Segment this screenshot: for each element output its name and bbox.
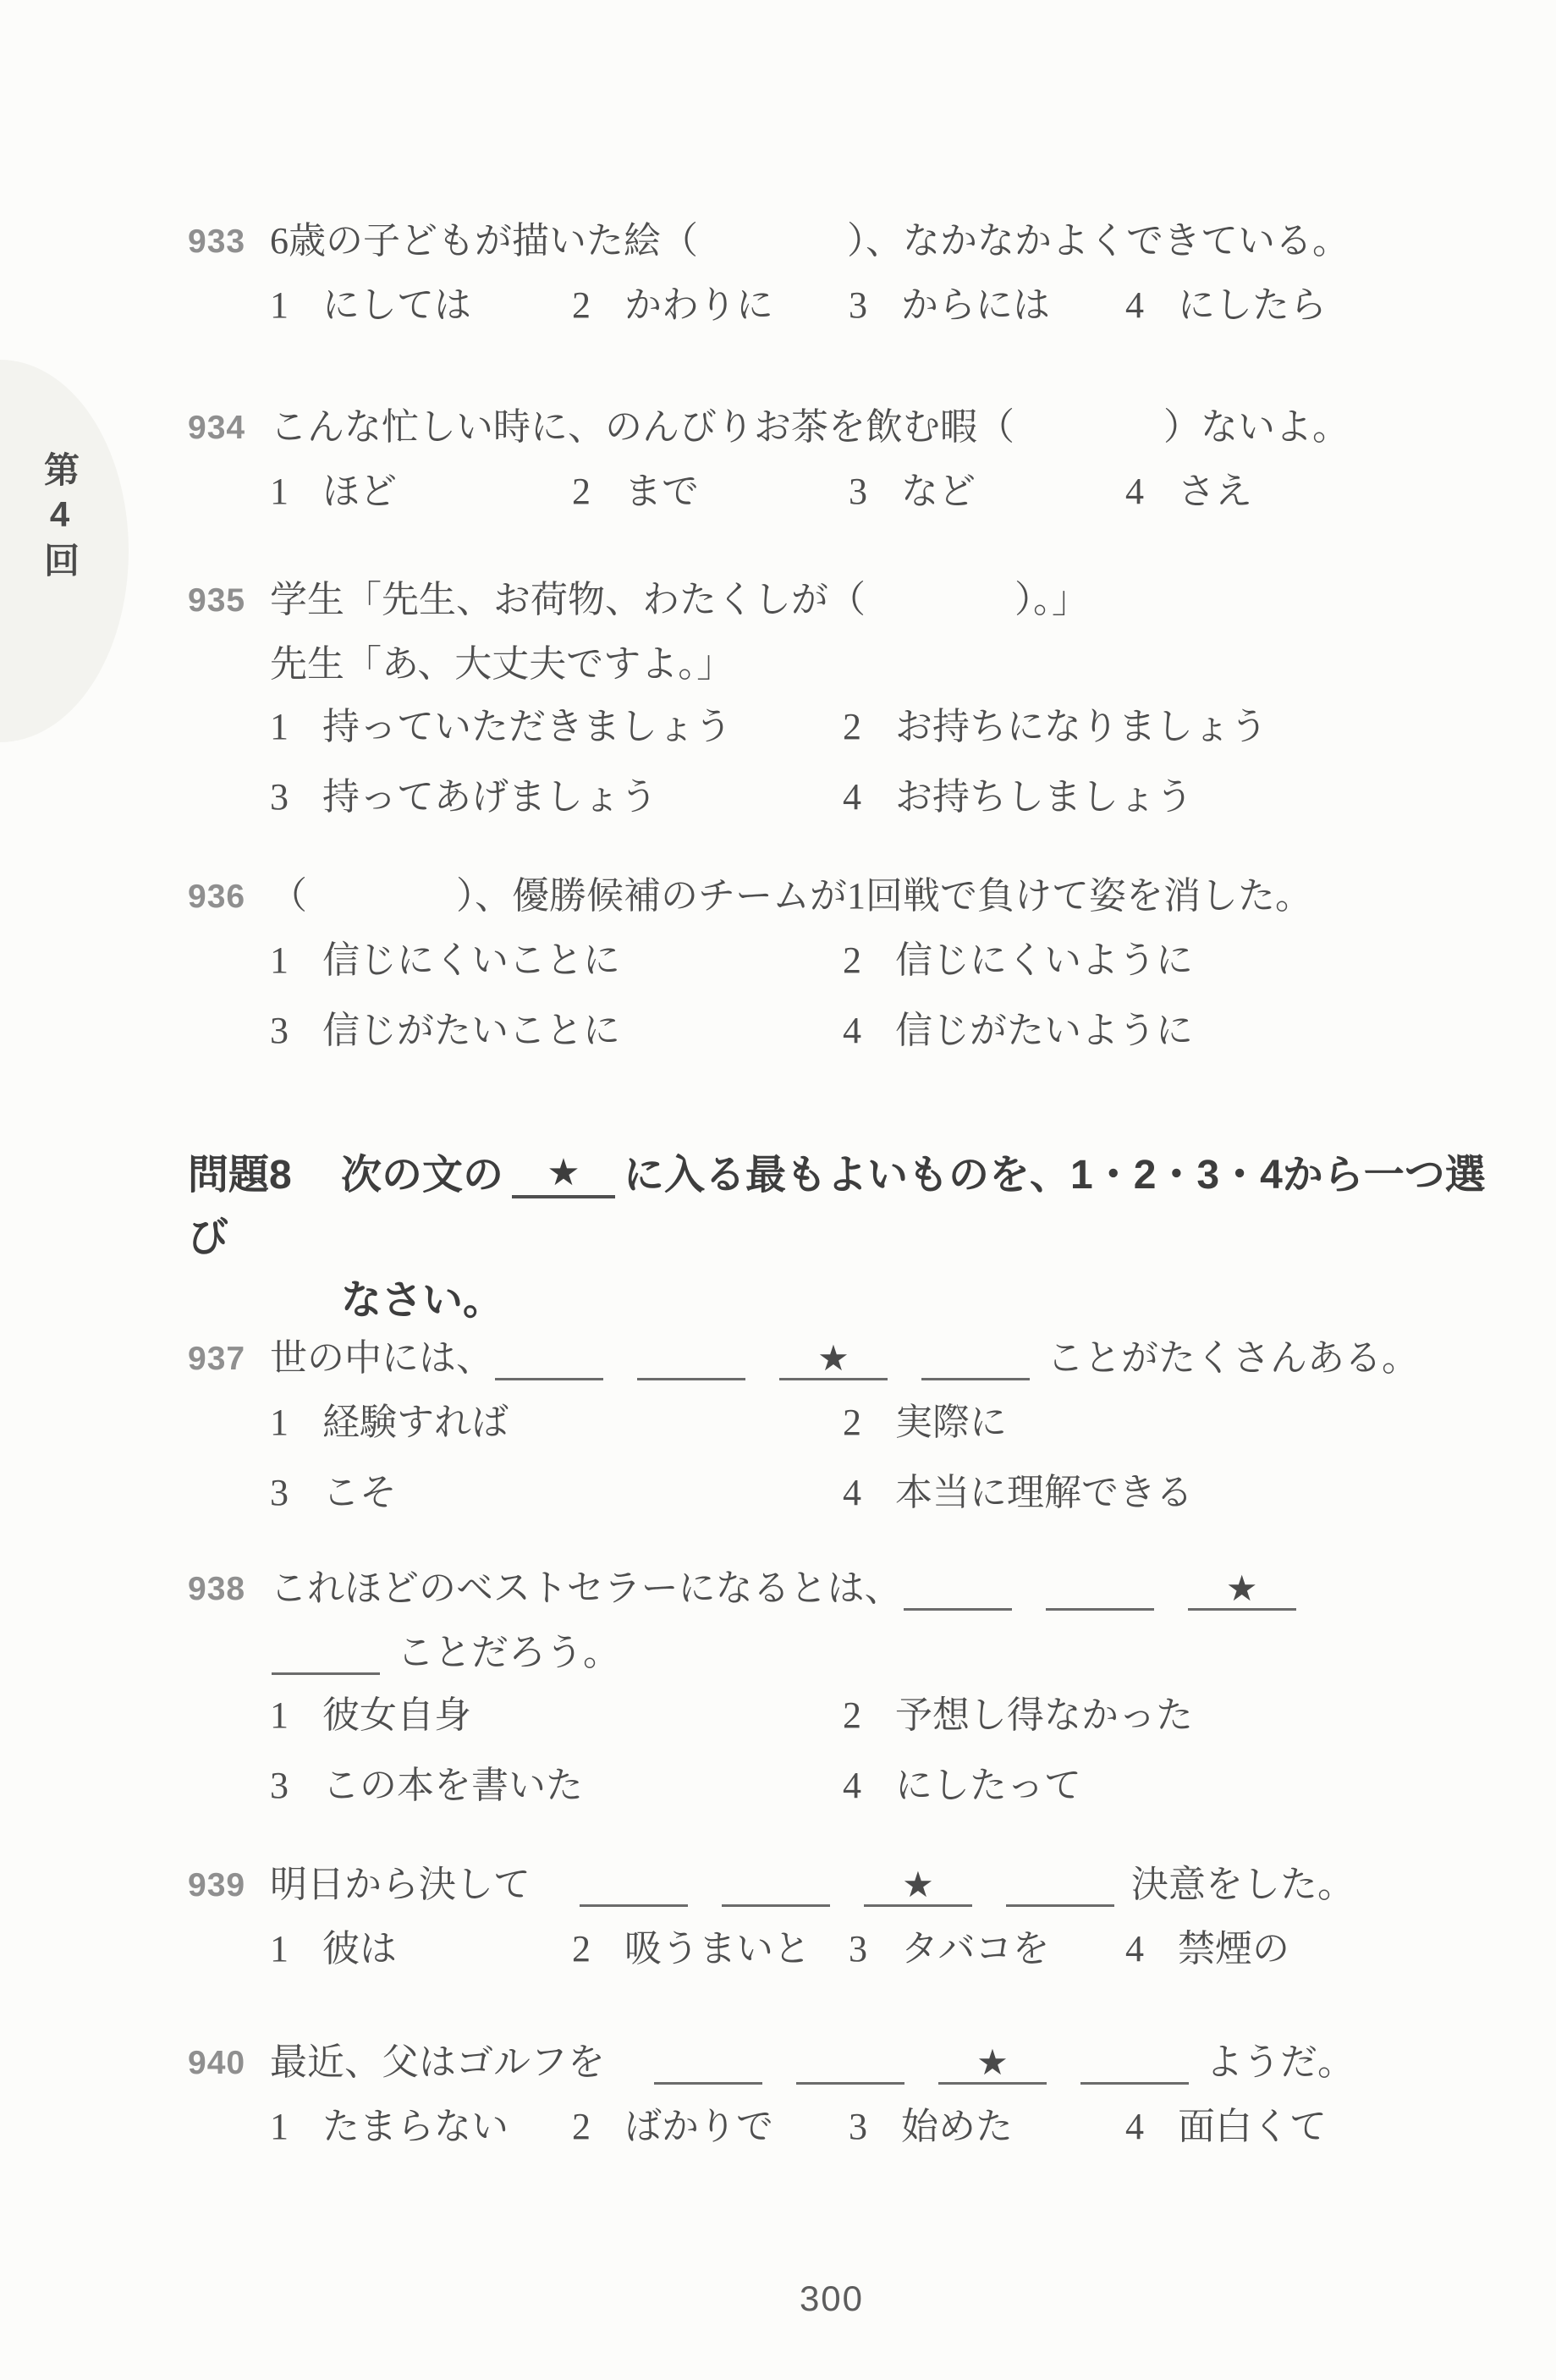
option-2: 2かわりに [572,274,849,336]
star-icon: ★ [779,1341,888,1376]
star-blank: ★ [512,1195,615,1198]
option-label: 吸うまいと [624,1928,811,1970]
option-number: 1 [270,2096,322,2157]
options-row: 3持ってあげましょう4お持ちしましょう [270,766,1482,836]
question-stem: （ ）、優勝候補のチームが1回戦で負けて姿を消した。 [270,865,1312,928]
option-3: 3こそ [270,1462,843,1523]
option-label: タバコを [901,1928,1050,1970]
option-1: 1ほど [270,460,572,522]
option-number: 2 [572,274,624,336]
option-3: 3この本を書いた [270,1755,843,1816]
question-stem: 明日から決して★決意をした。 [270,1854,1355,1916]
question-number: 936 [188,865,270,929]
option-label: 始めた [901,2106,1013,2147]
options-row: 1彼は2吸うまいと3タバコを4禁煙の [270,1918,1482,1988]
question-number: 937 [188,1327,270,1391]
stem-text-pre: これほどのベストセラーになるとは、 [270,1567,902,1609]
option-number: 4 [843,1000,895,1061]
option-3: 3など [849,460,1125,522]
options: 1持っていただきましょう2お持ちになりましょう 3持ってあげましょう4お持ちしま… [188,696,1482,836]
option-2: 2お持ちになりましょう [843,696,1267,758]
question-stem-line-1: 学生「先生、お荷物、わたくしが（ ）。」 [270,569,1089,631]
question-938: 938 これほどのベストセラーになるとは、★ ことだろう。 1彼女自身2予想し得… [188,1557,1482,1825]
option-2: 2まで [572,460,849,522]
question-number: 935 [188,569,270,633]
options-row: 3信じがたいことに4信じがたいように [270,1000,1482,1070]
option-number: 4 [1125,274,1178,336]
option-label: 本当に理解できる [895,1472,1193,1513]
star-icon: ★ [512,1154,615,1192]
answer-blank [722,1904,830,1907]
answer-blank-star: ★ [864,1904,972,1907]
option-2: 2予想し得なかった [843,1684,1193,1746]
answer-blank [272,1672,380,1675]
side-tab-label: 第4回 [34,451,85,585]
options-row: 1ほど2まで3など4さえ [270,460,1482,531]
option-number: 3 [270,1462,322,1523]
option-3: 3タバコを [849,1918,1125,1980]
option-1: 1持っていただきましょう [270,696,843,758]
question-937: 937 世の中には、★ことがたくさんある。 1経験すれば2実際に 3こそ4本当に… [188,1327,1482,1532]
star-icon: ★ [938,2045,1047,2080]
stem-text-pre: 明日から決して [270,1864,531,1905]
answer-blank [796,2082,904,2085]
option-label: にしたって [895,1765,1081,1806]
problem-header-line-2: なさい。 [188,1270,1508,1332]
option-label: お持ちになりましょう [895,706,1267,747]
question-939: 939 明日から決して★決意をした。 1彼は2吸うまいと3タバコを4禁煙の [188,1854,1482,1988]
option-4: 4にしたって [843,1755,1081,1816]
options: 1にしては2かわりに3からには4にしたら [188,274,1482,344]
option-label: まで [624,471,699,512]
option-number: 3 [849,460,901,522]
question-935: 935 学生「先生、お荷物、わたくしが（ ）。」 先生「あ、大丈夫ですよ。」 1… [188,569,1482,836]
options-row: 1にしては2かわりに3からには4にしたら [270,274,1482,344]
option-4: 4さえ [1125,460,1252,522]
stem-text-post: ようだ。 [1206,2041,1355,2083]
options-row: 1持っていただきましょう2お持ちになりましょう [270,696,1482,766]
question-stem: これほどのベストセラーになるとは、★ [270,1557,1313,1620]
question-number: 940 [188,2031,270,2096]
options: 1彼女自身2予想し得なかった 3この本を書いた4にしたって [188,1684,1482,1825]
option-label: ほど [322,471,397,512]
option-4: 4禁煙の [1125,1918,1289,1980]
option-label: 彼は [322,1928,397,1970]
options-row: 1信じにくいことに2信じにくいように [270,929,1482,1000]
option-label: この本を書いた [322,1765,583,1806]
option-1: 1信じにくいことに [270,929,843,991]
option-label: にしては [322,284,471,326]
side-tab: 第4回 [0,360,129,742]
option-2: 2実際に [843,1391,1007,1453]
question-stem-line-2: ことだろう。 [188,1622,1482,1684]
stem-text-pre: 世の中には、 [270,1337,493,1379]
option-label: 経験すれば [322,1402,509,1443]
question-number: 939 [188,1854,270,1918]
option-label: 信じにくいことに [322,939,620,981]
option-label: にしたら [1178,284,1327,326]
option-4: 4信じがたいように [843,1000,1193,1061]
answer-blank-star: ★ [779,1378,888,1380]
question-number: 934 [188,396,270,460]
answer-blank [1046,1608,1154,1611]
option-4: 4面白くて [1125,2096,1327,2157]
options: 1彼は2吸うまいと3タバコを4禁煙の [188,1918,1482,1988]
option-number: 1 [270,460,322,522]
star-icon: ★ [1188,1571,1296,1606]
stem-text-post: 決意をした。 [1131,1864,1355,1905]
options-row: 1彼女自身2予想し得なかった [270,1684,1482,1755]
option-4: 4本当に理解できる [843,1462,1193,1523]
question-933: 933 6歳の子どもが描いた絵（ ）、なかなかよくできている。 1にしては2かわ… [188,210,1482,344]
option-1: 1たまらない [270,2096,572,2157]
option-label: 信じにくいように [895,939,1193,981]
options: 1経験すれば2実際に 3こそ4本当に理解できる [188,1391,1482,1532]
option-2: 2ばかりで [572,2096,849,2157]
options: 1ほど2まで3など4さえ [188,460,1482,531]
option-label: 持ってあげましょう [322,776,657,818]
options-row: 1たまらない2ばかりで3始めた4面白くて [270,2096,1482,2166]
star-icon: ★ [864,1867,972,1903]
option-3: 3からには [849,274,1125,336]
stem-text-post: ことがたくさんある。 [1047,1337,1419,1379]
problem-header: 問題8次の文の★に入る最もよいものを、1・2・3・4から一つ選び なさい。 [188,1144,1508,1332]
option-number: 3 [270,1755,322,1816]
option-2: 2吸うまいと [572,1918,849,1980]
option-label: こそ [322,1472,397,1513]
answer-blank [495,1378,603,1380]
option-number: 3 [849,1918,901,1980]
option-number: 4 [843,1462,895,1523]
option-number: 1 [270,1391,322,1453]
answer-blank [1080,2082,1189,2085]
question-stem: こんな忙しい時に、のんびりお茶を飲む暇（ ）ないよ。 [270,396,1350,459]
option-number: 4 [843,766,895,828]
stem-text-pre: 最近、父はゴルフを [270,2041,605,2083]
option-2: 2信じにくいように [843,929,1193,991]
option-number: 2 [572,2096,624,2157]
option-number: 2 [572,1918,624,1980]
option-label: 面白くて [1178,2106,1327,2147]
option-number: 1 [270,929,322,991]
options: 1たまらない2ばかりで3始めた4面白くて [188,2096,1482,2166]
question-940: 940 最近、父はゴルフを★ようだ。 1たまらない2ばかりで3始めた4面白くて [188,2031,1482,2166]
option-1: 1彼女自身 [270,1684,843,1746]
option-label: 信じがたいことに [322,1010,620,1051]
answer-blank [921,1378,1030,1380]
question-stem: 6歳の子どもが描いた絵（ ）、なかなかよくできている。 [270,210,1350,273]
options-row: 1経験すれば2実際に [270,1391,1482,1462]
option-number: 2 [843,696,895,758]
option-3: 3持ってあげましょう [270,766,843,828]
option-number: 1 [270,274,322,336]
option-label: 禁煙の [1178,1928,1289,1970]
option-label: 持っていただきましょう [322,706,732,747]
option-number: 2 [572,460,624,522]
option-label: さえ [1178,471,1252,512]
option-number: 4 [1125,1918,1178,1980]
option-number: 3 [270,1000,322,1061]
question-934: 934 こんな忙しい時に、のんびりお茶を飲む暇（ ）ないよ。 1ほど2まで3など… [188,396,1482,531]
answer-blank [1006,1904,1114,1907]
options-row: 3こそ4本当に理解できる [270,1462,1482,1532]
question-stem: 最近、父はゴルフを★ようだ。 [270,2031,1355,2094]
option-4: 4にしたら [1125,274,1327,336]
option-number: 3 [849,274,901,336]
question-stem-line-2: 先生「あ、大丈夫ですよ。」 [188,633,1482,696]
option-number: 1 [270,696,322,758]
option-number: 2 [843,1684,895,1746]
option-1: 1にしては [270,274,572,336]
option-3: 3始めた [849,2096,1125,2157]
answer-blank [637,1378,745,1380]
page-number: 300 [777,2278,887,2319]
option-label: からには [901,284,1050,326]
option-1: 1彼は [270,1918,572,1980]
question-stem: 世の中には、★ことがたくさんある。 [270,1327,1419,1390]
option-number: 3 [270,766,322,828]
answer-blank [904,1608,1012,1611]
option-label: 予想し得なかった [895,1694,1193,1736]
option-3: 3信じがたいことに [270,1000,843,1061]
option-1: 1経験すれば [270,1391,843,1453]
problem-header-line-1: 問題8次の文の★に入る最もよいものを、1・2・3・4から一つ選び [188,1144,1508,1270]
option-label: 実際に [895,1402,1007,1443]
scanned-test-page: 第4回 933 6歳の子どもが描いた絵（ ）、なかなかよくできている。 1にして… [0,0,1556,2380]
option-number: 2 [843,929,895,991]
options: 1信じにくいことに2信じにくいように 3信じがたいことに4信じがたいように [188,929,1482,1070]
answer-blank [654,2082,762,2085]
option-number: 4 [843,1755,895,1816]
option-number: 3 [849,2096,901,2157]
stem-text-post: ことだろう。 [397,1632,620,1673]
options-row: 3この本を書いた4にしたって [270,1755,1482,1825]
option-number: 4 [1125,460,1178,522]
option-label: 信じがたいように [895,1010,1193,1051]
question-936: 936 （ ）、優勝候補のチームが1回戦で負けて姿を消した。 1信じにくいことに… [188,865,1482,1070]
answer-blank [580,1904,688,1907]
option-number: 4 [1125,2096,1178,2157]
option-number: 1 [270,1684,322,1746]
option-label: ばかりで [624,2106,773,2147]
option-label: 彼女自身 [322,1694,471,1736]
question-number: 938 [188,1557,270,1622]
answer-blank-star: ★ [938,2082,1047,2085]
problem-header-label: 問題8 [188,1144,341,1207]
question-number: 933 [188,210,270,274]
option-label: お持ちしましょう [895,776,1193,818]
option-label: など [901,471,976,512]
option-4: 4お持ちしましょう [843,766,1193,828]
answer-blank-star: ★ [1188,1608,1296,1611]
option-number: 1 [270,1918,322,1980]
option-number: 2 [843,1391,895,1453]
option-label: たまらない [322,2106,509,2147]
problem-header-text-pre: 次の文の [341,1153,503,1198]
option-label: かわりに [624,284,773,326]
